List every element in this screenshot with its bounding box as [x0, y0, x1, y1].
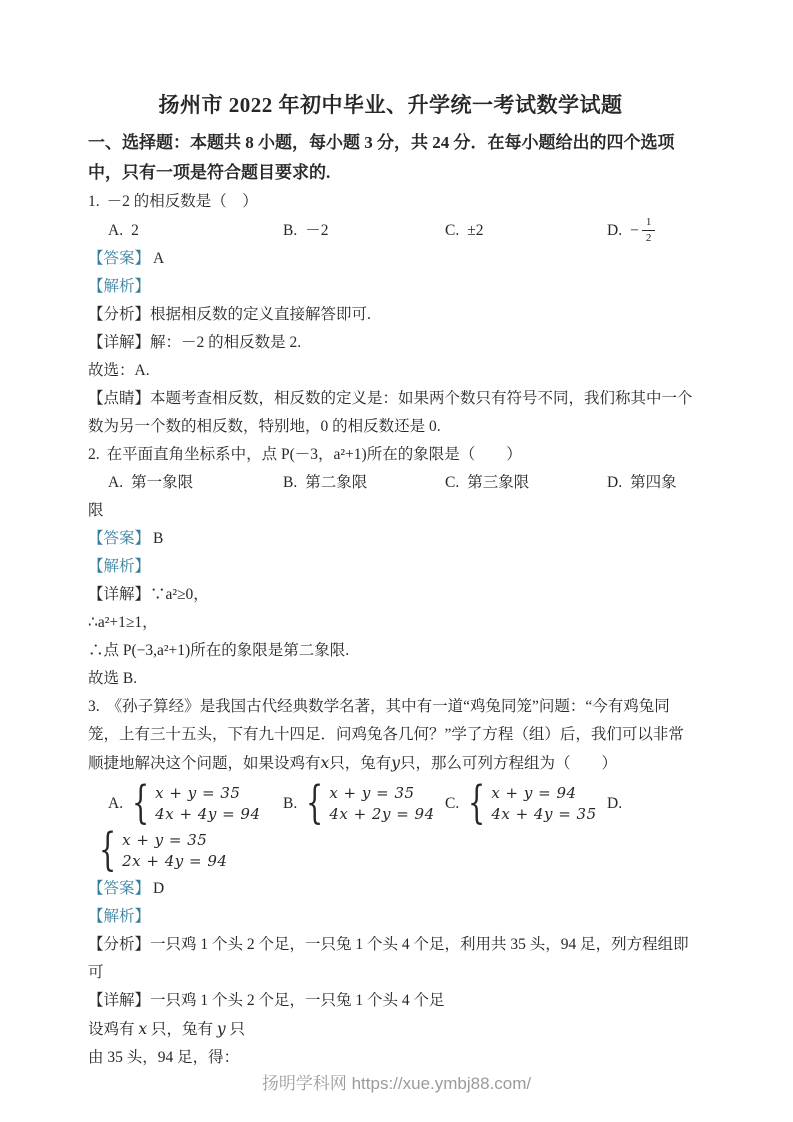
option-label: A.: [108, 217, 123, 245]
question-3-text: 只，那么可列方程组为（ ）: [400, 755, 617, 772]
question-2-answer-line: 【答案】B: [88, 525, 693, 553]
variable-x: x: [321, 754, 330, 772]
question-2-option-b: B.第二象限: [283, 469, 445, 497]
option-text: ±2: [467, 217, 483, 245]
equation-system: {x + y = 352x + 4y = 94: [98, 830, 227, 872]
question-1-number: 1.: [88, 193, 100, 210]
option-label: A.: [108, 469, 123, 497]
question-2-conclusion-line: 故选 B.: [88, 665, 693, 693]
equation: x + y = 94: [491, 783, 596, 804]
question-3-option-b: B.{x + y = 354x + 2y = 94: [283, 783, 445, 825]
question-1-detail-line: 【详解】解：－2 的相反数是 2.: [88, 329, 693, 357]
fraction-one-half: 12: [642, 216, 656, 245]
option-label: D.: [607, 795, 622, 813]
question-1-explain-line: 【解析】: [88, 273, 693, 301]
note-text: 本题考查相反数，相反数的定义是：如果两个数只有符号不同，我们称其中一个数为另一个…: [88, 390, 693, 435]
question-3-option-c: C.{x + y = 944x + 4y = 35: [445, 783, 607, 825]
question-3-options-row: A.{x + y = 354x + 4y = 94 B.{x + y = 354…: [88, 783, 693, 825]
analysis-text: 一只鸡 1 个头 2 个足，一只兔 1 个头 4 个足，利用共 35 头，94 …: [88, 936, 689, 981]
analysis-text: 根据相反数的定义直接解答即可.: [150, 306, 371, 323]
question-2-stem: 2.在平面直角坐标系中，点 P(－3，a²+1)所在的象限是（ ）: [88, 441, 693, 469]
explain-tag: 【解析】: [88, 278, 150, 295]
equation: x + y = 35: [155, 783, 260, 804]
fraction-denominator: 2: [646, 231, 652, 245]
answer-value: A: [153, 250, 164, 267]
footer-watermark: 扬明学科网 https://xue.ymbj88.com/: [0, 1074, 793, 1094]
question-1-text: －2 的相反数是（ ）: [107, 193, 258, 210]
option-label: C.: [445, 795, 459, 813]
fraction-numerator: 1: [642, 216, 656, 231]
option-text: 第二象限: [305, 469, 367, 497]
question-2-explain-line: 【解析】: [88, 553, 693, 581]
document-title: 扬州市 2022 年初中毕业、升学统一考试数学试题: [88, 90, 693, 120]
question-3-number: 3.: [88, 698, 100, 715]
setup-text: 只: [226, 1021, 245, 1038]
answer-tag: 【答案】: [88, 250, 150, 267]
option-label: A.: [108, 795, 123, 813]
analysis-tag: 【分析】: [88, 936, 150, 953]
detail-text: 一只鸡 1 个头 2 个足，一只兔 1 个头 4 个足: [150, 992, 445, 1009]
option-label: C.: [445, 217, 459, 245]
note-tag: 【点睛】: [88, 390, 150, 407]
question-2-option-d: D.第四象: [607, 469, 693, 497]
question-1-option-d: D.−12: [607, 216, 693, 245]
option-label: C.: [445, 469, 459, 497]
option-text: 2: [131, 217, 139, 245]
analysis-tag: 【分析】: [88, 306, 150, 323]
question-1-option-a: A.2: [108, 217, 283, 245]
question-3-option-a: A.{x + y = 354x + 4y = 94: [108, 783, 283, 825]
detail-tag: 【详解】: [88, 586, 150, 603]
option-label: B.: [283, 795, 297, 813]
question-2-option-d-wrap: 限: [88, 497, 693, 525]
question-2-detail-line-3: ∴点 P(−3,a²+1)所在的象限是第二象限.: [88, 637, 693, 665]
question-3-stem: 3.《孙子算经》是我国古代经典数学名著，其中有一道“鸡兔同笼”问题：“今有鸡兔同…: [88, 693, 693, 778]
exam-document-page: 扬州市 2022 年初中毕业、升学统一考试数学试题 一、选择题：本题共 8 小题…: [0, 0, 793, 1122]
question-1-option-c: C.±2: [445, 217, 607, 245]
question-2-option-a: A.第一象限: [108, 469, 283, 497]
question-2-text: 在平面直角坐标系中，点 P(－3，a²+1)所在的象限是（ ）: [107, 446, 522, 463]
detail-math: ∵a²≥0，: [150, 586, 209, 603]
option-text: 第三象限: [467, 469, 529, 497]
answer-tag: 【答案】: [88, 530, 150, 547]
answer-value: B: [153, 530, 163, 547]
variable-y: y: [391, 754, 400, 772]
option-label: D.: [607, 217, 622, 245]
left-brace: {: [132, 782, 149, 827]
question-1-conclusion-line: 故选：A.: [88, 357, 693, 385]
negative-fraction: −12: [630, 216, 655, 245]
equation: 2x + 4y = 94: [122, 851, 227, 872]
question-3-text: 只，兔有: [329, 755, 391, 772]
question-2-detail-line-1: 【详解】∵a²≥0，: [88, 581, 693, 609]
detail-text: 解：－2 的相反数是 2.: [150, 334, 301, 351]
question-1-answer-line: 【答案】A: [88, 245, 693, 273]
question-2-detail-line-2: ∴a²+1≥1，: [88, 609, 693, 637]
option-label: B.: [283, 217, 297, 245]
question-2-options-row: A.第一象限 B.第二象限 C.第三象限 D.第四象: [88, 469, 693, 497]
equation: 4x + 4y = 94: [155, 804, 260, 825]
option-text: 第一象限: [131, 469, 193, 497]
question-3-given-line: 由 35 头，94 足，得：: [88, 1044, 693, 1072]
option-label: B.: [283, 469, 297, 497]
option-label: D.: [607, 469, 622, 497]
equation: 4x + 4y = 35: [491, 804, 596, 825]
option-text: －2: [305, 217, 328, 245]
question-2-option-c: C.第三象限: [445, 469, 607, 497]
explain-tag: 【解析】: [88, 908, 150, 925]
question-2-number: 2.: [88, 446, 100, 463]
question-3-option-d-label: D.: [607, 795, 693, 813]
detail-tag: 【详解】: [88, 992, 150, 1009]
minus-sign: −: [630, 217, 639, 245]
question-3-setup-line: 设鸡有 x 只，兔有 y 只: [88, 1015, 693, 1044]
question-1-options-row: A.2 B.－2 C.±2 D.−12: [88, 216, 693, 245]
equation-system: {x + y = 354x + 2y = 94: [305, 783, 434, 825]
question-1-option-b: B.－2: [283, 217, 445, 245]
explain-tag: 【解析】: [88, 558, 150, 575]
setup-text: 设鸡有: [88, 1021, 138, 1038]
variable-x: x: [138, 1020, 147, 1038]
question-3-analysis-line: 【分析】一只鸡 1 个头 2 个足，一只兔 1 个头 4 个足，利用共 35 头…: [88, 931, 693, 987]
equation-system: {x + y = 354x + 4y = 94: [131, 783, 260, 825]
equation: x + y = 35: [122, 830, 227, 851]
question-3-option-d-system: {x + y = 352x + 4y = 94: [88, 830, 693, 872]
option-text: 第四象: [630, 469, 677, 497]
detail-tag: 【详解】: [88, 334, 150, 351]
answer-value: D: [153, 880, 164, 897]
question-1-note-line: 【点睛】本题考查相反数，相反数的定义是：如果两个数只有符号不同，我们称其中一个数…: [88, 385, 693, 441]
equation: x + y = 35: [329, 783, 434, 804]
question-1-analysis-line: 【分析】根据相反数的定义直接解答即可.: [88, 301, 693, 329]
answer-tag: 【答案】: [88, 880, 150, 897]
equation: 4x + 2y = 94: [329, 804, 434, 825]
question-3-answer-line: 【答案】D: [88, 875, 693, 903]
question-3-explain-line: 【解析】: [88, 903, 693, 931]
setup-text: 只，兔有: [147, 1021, 217, 1038]
question-3-detail-line: 【详解】一只鸡 1 个头 2 个足，一只兔 1 个头 4 个足: [88, 987, 693, 1015]
question-1-stem: 1.－2 的相反数是（ ）: [88, 188, 693, 216]
equation-system: {x + y = 944x + 4y = 35: [467, 783, 596, 825]
left-brace: {: [468, 782, 485, 827]
section-heading: 一、选择题：本题共 8 小题，每小题 3 分，共 24 分．在每小题给出的四个选…: [88, 128, 693, 188]
left-brace: {: [99, 829, 116, 874]
document-content: 扬州市 2022 年初中毕业、升学统一考试数学试题 一、选择题：本题共 8 小题…: [0, 0, 793, 1072]
variable-y: y: [217, 1020, 226, 1038]
left-brace: {: [306, 782, 323, 827]
